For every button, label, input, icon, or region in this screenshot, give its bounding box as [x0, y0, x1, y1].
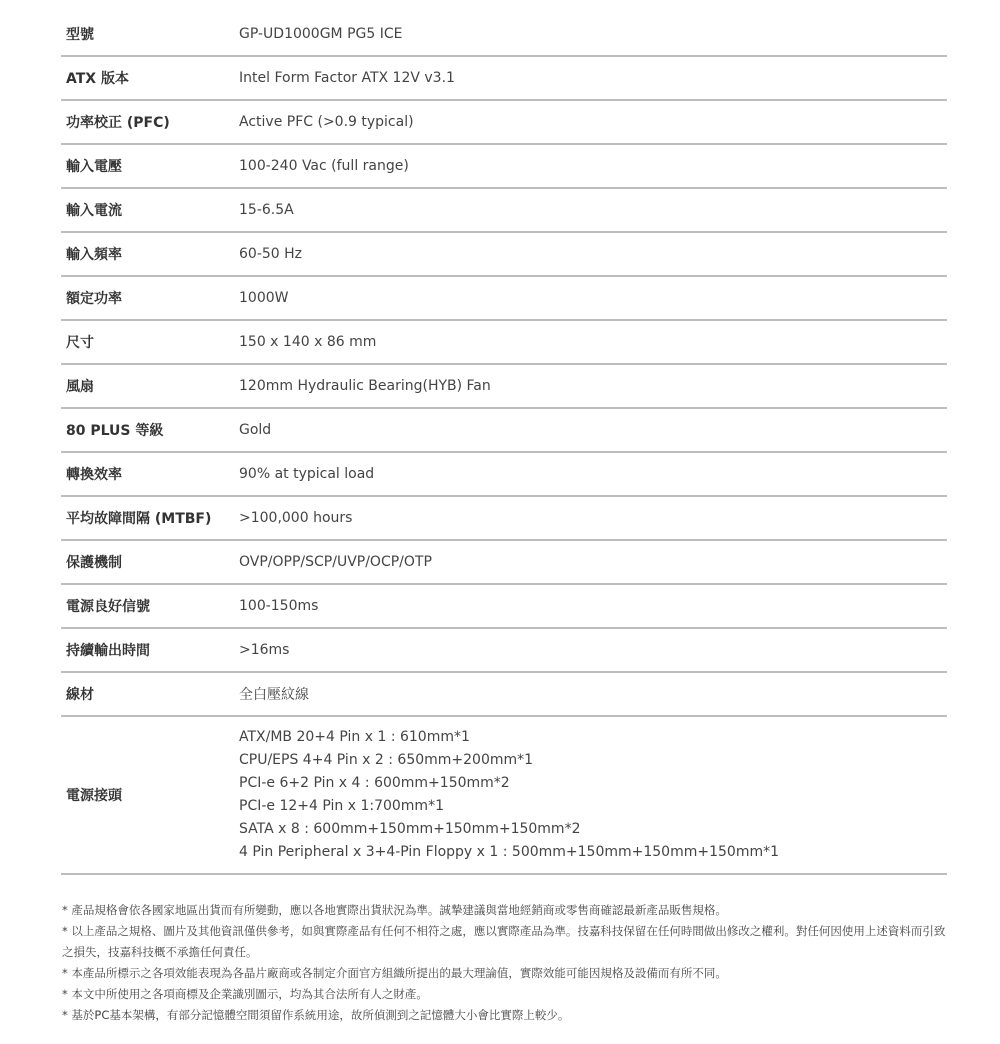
- spec-value: Active PFC (>0.9 typical): [239, 114, 947, 130]
- spec-value: 100-150ms: [239, 598, 947, 614]
- spec-value: GP-UD1000GM PG5 ICE: [239, 26, 947, 42]
- spec-row-input-current: 輸入電流 15-6.5A: [61, 189, 947, 233]
- spec-label: 風扇: [61, 376, 239, 396]
- disclaimer-note: * 以上產品之規格、圖片及其他資訊僅供參考，如與實際產品有任何不相符之處，應以實…: [62, 921, 952, 963]
- spec-value: 全白壓紋線: [239, 684, 947, 704]
- spec-value: 90% at typical load: [239, 466, 947, 482]
- spec-row-80plus: 80 PLUS 等級 Gold: [61, 409, 947, 453]
- spec-label: 輸入頻率: [61, 244, 239, 264]
- spec-row-rated-power: 額定功率 1000W: [61, 277, 947, 321]
- connector-list: ATX/MB 20+4 Pin x 1 : 610mm*1 CPU/EPS 4+…: [239, 726, 947, 864]
- spec-row-protection: 保護機制 OVP/OPP/SCP/UVP/OCP/OTP: [61, 541, 947, 585]
- spec-label: 電源接頭: [61, 785, 239, 805]
- spec-label: 型號: [61, 24, 239, 44]
- spec-label: 電源良好信號: [61, 596, 239, 616]
- spec-label: 輸入電壓: [61, 156, 239, 176]
- spec-row-model: 型號 GP-UD1000GM PG5 ICE: [61, 13, 947, 57]
- disclaimer-note: * 本文中所使用之各項商標及企業識別圖示，均為其合法所有人之財產。: [62, 984, 952, 1005]
- spec-row-efficiency: 轉換效率 90% at typical load: [61, 453, 947, 497]
- spec-value: 60-50 Hz: [239, 246, 947, 262]
- spec-value: Intel Form Factor ATX 12V v3.1: [239, 70, 947, 86]
- spec-value: 15-6.5A: [239, 202, 947, 218]
- spec-label: 持續輸出時間: [61, 640, 239, 660]
- spec-row-mtbf: 平均故障間隔 (MTBF) >100,000 hours: [61, 497, 947, 541]
- spec-label: ATX 版本: [61, 68, 239, 88]
- disclaimer-notes: * 產品規格會依各國家地區出貨而有所變動，應以各地實際出貨狀況為準。誠摯建議與當…: [62, 900, 952, 1026]
- connector-item: PCI-e 6+2 Pin x 4 : 600mm+150mm*2: [239, 772, 947, 795]
- disclaimer-note: * 基於PC基本架構，有部分記憶體空間須留作系統用途，故所偵測到之記憶體大小會比…: [62, 1005, 952, 1026]
- spec-label: 額定功率: [61, 288, 239, 308]
- spec-value: 150 x 140 x 86 mm: [239, 334, 947, 350]
- spec-row-cables: 線材 全白壓紋線: [61, 673, 947, 717]
- spec-row-dimensions: 尺寸 150 x 140 x 86 mm: [61, 321, 947, 365]
- disclaimer-note: * 本產品所標示之各項效能表現為各晶片廠商或各制定介面官方組織所提出的最大理論值…: [62, 963, 952, 984]
- spec-label: 保護機制: [61, 552, 239, 572]
- spec-label: 功率校正 (PFC): [61, 112, 239, 132]
- spec-label: 轉換效率: [61, 464, 239, 484]
- spec-row-input-frequency: 輸入頻率 60-50 Hz: [61, 233, 947, 277]
- spec-label: 輸入電流: [61, 200, 239, 220]
- spec-row-input-voltage: 輸入電壓 100-240 Vac (full range): [61, 145, 947, 189]
- connector-item: PCI-e 12+4 Pin x 1:700mm*1: [239, 795, 947, 818]
- connector-item: ATX/MB 20+4 Pin x 1 : 610mm*1: [239, 726, 947, 749]
- disclaimer-note: * 產品規格會依各國家地區出貨而有所變動，應以各地實際出貨狀況為準。誠摯建議與當…: [62, 900, 952, 921]
- spec-label: 尺寸: [61, 332, 239, 352]
- spec-row-pfc: 功率校正 (PFC) Active PFC (>0.9 typical): [61, 101, 947, 145]
- connector-item: SATA x 8 : 600mm+150mm+150mm+150mm*2: [239, 818, 947, 841]
- connector-item: CPU/EPS 4+4 Pin x 2 : 650mm+200mm*1: [239, 749, 947, 772]
- spec-value: Gold: [239, 422, 947, 438]
- spec-value: 120mm Hydraulic Bearing(HYB) Fan: [239, 378, 947, 394]
- spec-table: 型號 GP-UD1000GM PG5 ICE ATX 版本 Intel Form…: [61, 13, 947, 875]
- spec-row-connectors: 電源接頭 ATX/MB 20+4 Pin x 1 : 610mm*1 CPU/E…: [61, 717, 947, 875]
- spec-row-hold-up-time: 持續輸出時間 >16ms: [61, 629, 947, 673]
- spec-value: 1000W: [239, 290, 947, 306]
- spec-label: 80 PLUS 等級: [61, 420, 239, 440]
- spec-label: 平均故障間隔 (MTBF): [61, 508, 239, 528]
- spec-row-fan: 風扇 120mm Hydraulic Bearing(HYB) Fan: [61, 365, 947, 409]
- spec-value: 100-240 Vac (full range): [239, 158, 947, 174]
- spec-value: >16ms: [239, 642, 947, 658]
- spec-value: OVP/OPP/SCP/UVP/OCP/OTP: [239, 554, 947, 570]
- spec-row-atx-version: ATX 版本 Intel Form Factor ATX 12V v3.1: [61, 57, 947, 101]
- spec-row-power-good: 電源良好信號 100-150ms: [61, 585, 947, 629]
- spec-value: >100,000 hours: [239, 510, 947, 526]
- spec-label: 線材: [61, 684, 239, 704]
- connector-item: 4 Pin Peripheral x 3+4-Pin Floppy x 1 : …: [239, 841, 947, 864]
